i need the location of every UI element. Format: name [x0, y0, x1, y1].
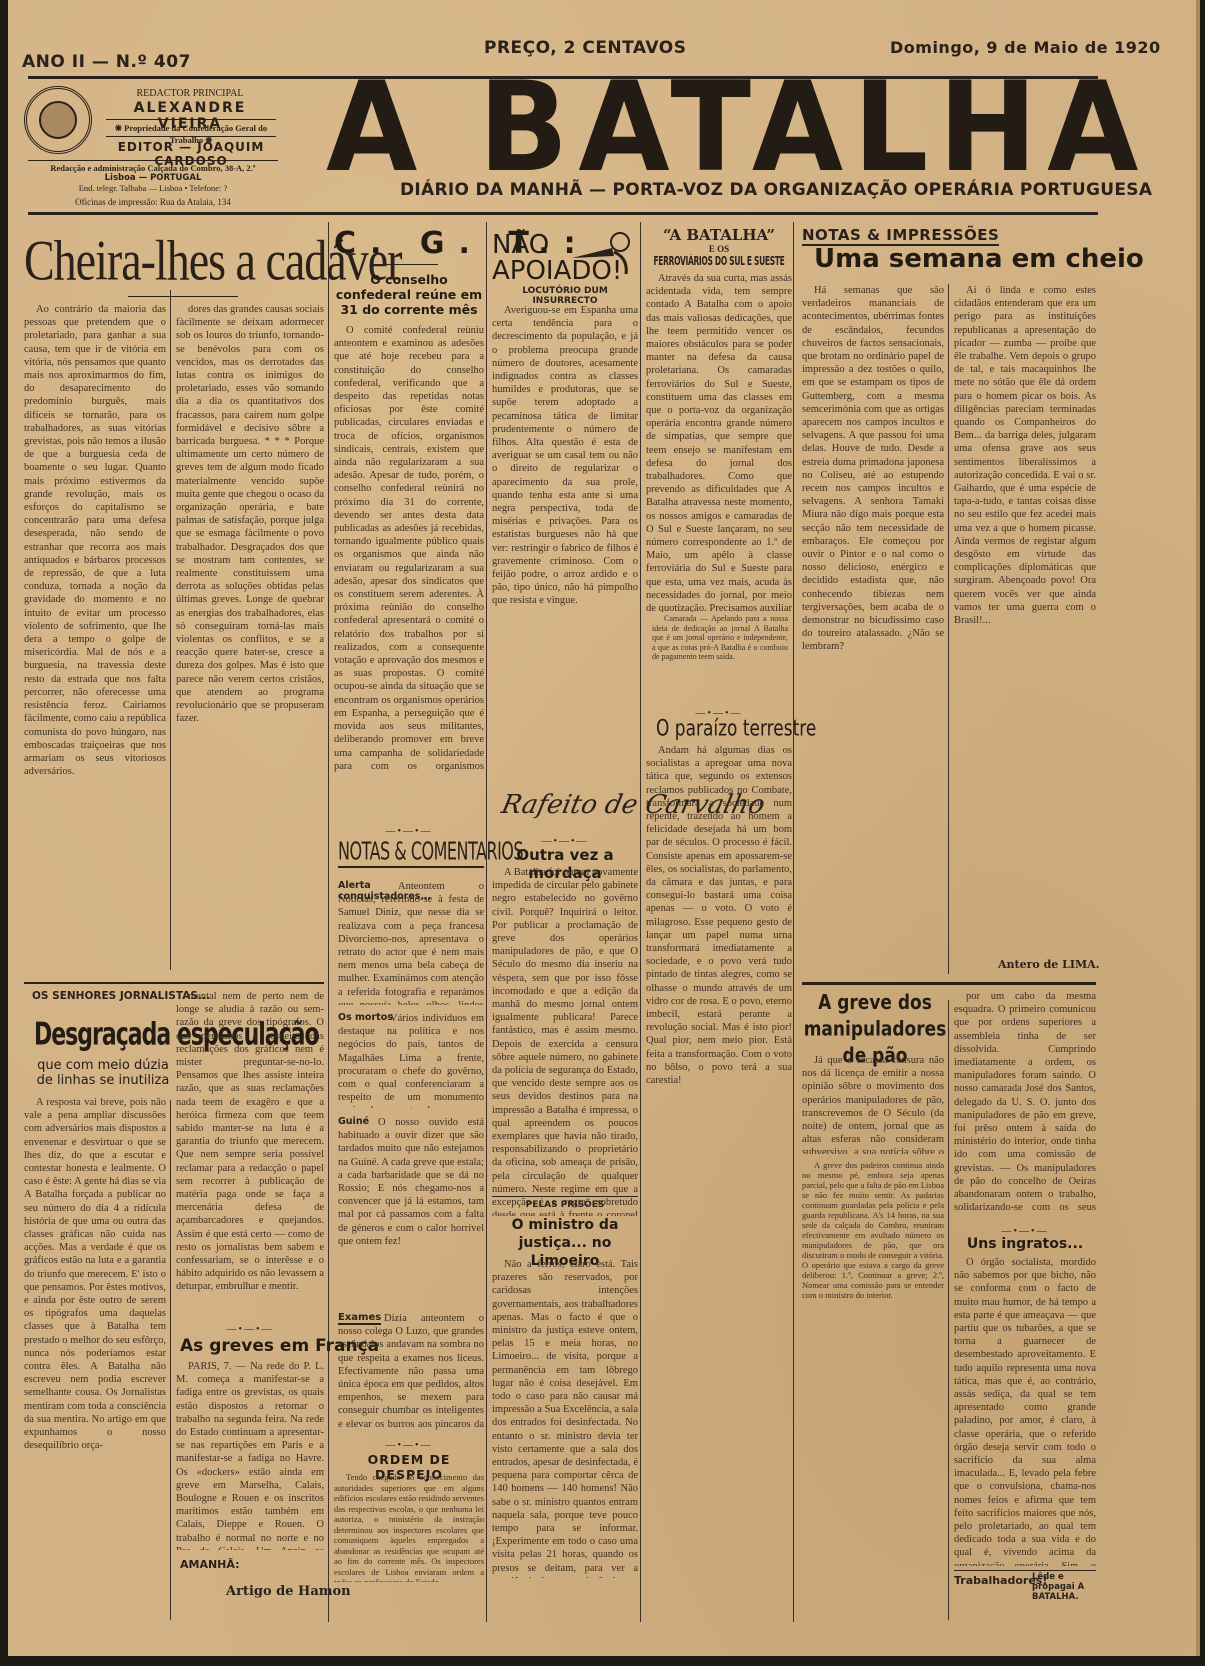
- ornament-divider: —•—•—: [334, 1440, 484, 1451]
- manipuladores-col3: por um cabo da mesma esquadra. O primeir…: [954, 990, 1096, 1210]
- cgt-seal-icon: [24, 86, 92, 154]
- column-divider: [793, 222, 794, 1622]
- ferroviarios-sub: E OS: [646, 244, 792, 254]
- paragraph: Dizia anteontem o nosso colega O Luzo, q…: [338, 1312, 484, 1432]
- ferroviarios-headline: “A BATALHA”: [646, 226, 792, 244]
- paragraph: Há semanas que são verdadeiros mananciai…: [802, 284, 944, 654]
- divider: [954, 1570, 1096, 1571]
- nota-body-mortos: Vários indivíduos em destaque na polític…: [338, 1012, 484, 1108]
- column-divider: [170, 1100, 171, 1620]
- masthead-tagline: DIÁRIO DA MANHÃ — PORTA-VOZ DA ORGANIZAÇ…: [400, 180, 1152, 200]
- paragraph: Ao contrário da maioria das pessoas que …: [24, 303, 166, 778]
- paragraph: PARIS, 7. — Na rede do P. L. M. começa a…: [176, 1360, 324, 1550]
- cgt-body: O comité confederal reùniu anteontem e e…: [334, 324, 484, 774]
- greves-franca-body: PARIS, 7. — Na rede do P. L. M. começa a…: [176, 1360, 324, 1550]
- footer-call-text: Lêde e propagai A BATALHA.: [1032, 1572, 1096, 1602]
- divider: [378, 264, 438, 265]
- paragraph: por um cabo da mesma esquadra. O primeir…: [954, 990, 1096, 1210]
- paragraph: Andam há algumas dias os socialistas a a…: [646, 744, 792, 1087]
- paragraph: A greve dos padeiros continua ainda no m…: [802, 1160, 944, 1300]
- divider: [338, 866, 484, 868]
- trumpet-figure-icon: [568, 228, 638, 278]
- ministro-kicker: PELAS PRISÕES: [492, 1200, 638, 1210]
- nao-apoiado-kicker: LOCUTÓRIO DUM INSURRECTO: [492, 286, 638, 306]
- ingratos-headline: Uns ingratos...: [954, 1236, 1096, 1252]
- paragraph: Vários indivíduos em destaque na polític…: [338, 1012, 484, 1108]
- jornalistas-subhead: que com meio dúzia de linhas se inutiliz…: [28, 1058, 178, 1088]
- address-line-1: Redacção e administração Calçada do Comb…: [28, 163, 278, 173]
- paragraph: Tendo chegado ao conhecimento das autori…: [334, 1472, 484, 1582]
- nota-body-exames: Dizia anteontem o nosso colega O Luzo, q…: [338, 1312, 484, 1432]
- column-divider: [640, 222, 641, 1622]
- nao-apoiado-body: Averiguou-se em Espanha uma certa tendên…: [492, 304, 638, 774]
- paraizo-body: Andam há algumas dias os socialistas a a…: [646, 744, 792, 1594]
- paragraph: Já que a escassa censura não nos dá lice…: [802, 1054, 944, 1154]
- paragraph: O nosso ouvido está habituado a ouvir di…: [338, 1116, 484, 1248]
- notas-impressoes-col2: Ai ó linda e como estes cidadãos entende…: [954, 284, 1096, 934]
- divider: [106, 136, 276, 137]
- nota-body-guine: O nosso ouvido está habituado a ouvir di…: [338, 1116, 484, 1266]
- divider: [128, 296, 238, 297]
- lead-body-col2: dores das grandes causas sociais fàcilme…: [176, 303, 324, 968]
- cgt-headline: O conselho confederal reúne em 31 do cor…: [334, 272, 484, 317]
- paragraph: Camarada — Apelando para a nossa ideia d…: [652, 614, 788, 662]
- ministro-body: Não a ferros, claro está. Tais prazeres …: [492, 1258, 638, 1578]
- manipuladores-body: Já que a escassa censura não nos dá lice…: [802, 1054, 944, 1154]
- notas-impressoes-signature: Antero de LIMA.: [998, 958, 1100, 971]
- paragraph: Anteontem o Notícias, referindo-se à fes…: [338, 880, 484, 1005]
- manipuladores-quote: A greve dos padeiros continua ainda no m…: [802, 1160, 944, 1580]
- jornalistas-body-col2: mental nem de perto nem de longe se alud…: [176, 990, 324, 1320]
- paragraph: Ai ó linda e como estes cidadãos entende…: [954, 284, 1096, 627]
- redactor-label: REDACTOR PRINCIPAL: [104, 88, 276, 100]
- paraizo-headline: O paraízo terrestre: [656, 716, 816, 742]
- divider: [24, 982, 324, 984]
- tomorrow-label: AMANHÃ:: [180, 1558, 240, 1571]
- divider: [28, 160, 278, 161]
- divider: [492, 1196, 638, 1197]
- nota-body-alerta: Anteontem o Notícias, referindo-se à fes…: [338, 880, 484, 1005]
- paragraph: dores das grandes causas sociais fàcilme…: [176, 303, 324, 726]
- notas-impressoes-kicker: NOTAS & IMPRESSÕES: [802, 226, 999, 246]
- paragraph: O comité confederal reùniu anteontem e e…: [334, 324, 484, 774]
- printing-line: Oficinas de impressão: Rua da Atalaia, 1…: [28, 197, 278, 207]
- ferroviarios-body: Através da sua curta, mas assás acidenta…: [646, 272, 792, 612]
- paragraph: Não a ferros, claro está. Tais prazeres …: [492, 1258, 638, 1578]
- ingratos-body: O órgão socialista, mordido não sabemos …: [954, 1256, 1096, 1566]
- column-divider: [170, 290, 171, 970]
- issue-number: ANO II — N.º 407: [22, 52, 191, 72]
- tomorrow-feature: Artigo de Hamon: [226, 1584, 351, 1599]
- masthead-title: A BATALHA: [326, 65, 1148, 189]
- paragraph: A Batalha foi ontem novamente impedida d…: [492, 866, 638, 1216]
- column-divider: [486, 222, 487, 1622]
- paragraph: mental nem de perto nem de longe se alud…: [176, 990, 324, 1294]
- column-divider: [948, 284, 949, 974]
- divider: [106, 119, 276, 120]
- paragraph: Através da sua curta, mas assás acidenta…: [646, 272, 792, 612]
- ordem-despejo-body: Tendo chegado ao conhecimento das autori…: [334, 1472, 484, 1582]
- lead-body-col1: Ao contrário da maioria das pessoas que …: [24, 303, 166, 968]
- paragraph: O órgão socialista, mordido não sabemos …: [954, 1256, 1096, 1566]
- column-divider: [328, 222, 329, 1622]
- newspaper-page: ANO II — N.º 407 PREÇO, 2 CENTAVOS Domin…: [8, 0, 1200, 1656]
- address-line-2: Lisboa — PORTUGAL: [28, 173, 278, 183]
- divider: [802, 982, 1096, 985]
- notas-impressoes-col1: Há semanas que são verdadeiros mananciai…: [802, 284, 944, 974]
- mordaca-body: A Batalha foi ontem novamente impedida d…: [492, 866, 638, 1216]
- ornament-divider: —•—•—: [176, 1324, 324, 1335]
- jornalistas-body: A resposta vai breve, pois não vale a pe…: [24, 1096, 166, 1536]
- notas-impressoes-headline: Uma semana em cheio: [814, 244, 1144, 274]
- address-line-3: End. telegr. Talbaba — Lisboa • Telefone…: [28, 183, 278, 193]
- paragraph: A resposta vai breve, pois não vale a pe…: [24, 1096, 166, 1452]
- ferroviarios-headline-2: FERROVIÁRIOS DO SUL E SUESTE: [646, 254, 792, 268]
- header-bottom-rule: [28, 212, 1098, 215]
- ferroviarios-pull-quote: Camarada — Apelando para a nossa ideia d…: [652, 614, 788, 664]
- paragraph: Averiguou-se em Espanha uma certa tendên…: [492, 304, 638, 608]
- column-divider: [948, 1000, 949, 1620]
